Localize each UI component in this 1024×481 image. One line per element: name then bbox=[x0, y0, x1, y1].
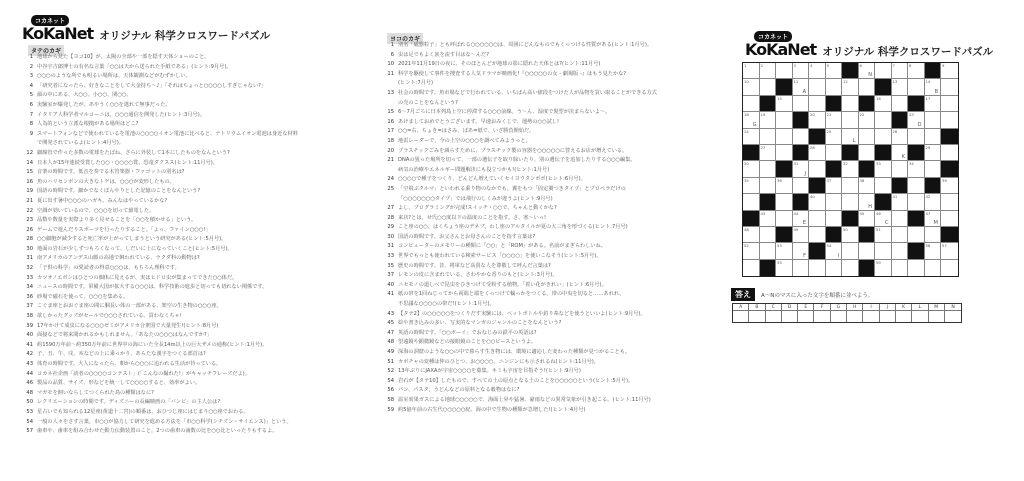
grid-cell[interactable]: 25 bbox=[826, 129, 843, 145]
clue-number: 9 bbox=[22, 130, 33, 140]
clue-item: 23品数や数量を実際より多く見せることを「○○を積かせる」という。 bbox=[22, 216, 298, 226]
clue-number: 29 bbox=[383, 223, 394, 233]
clue-number: 50 bbox=[22, 398, 33, 408]
clue-item: 1地球から見た【ヨコ10】が、太陽の全部や一部を隠す天体ショーのこと。 bbox=[22, 53, 298, 63]
clue-number: 53 bbox=[22, 408, 33, 418]
grid-cell[interactable] bbox=[908, 129, 925, 145]
clue-text: 空調が効いているので、○○○を切って節電した。 bbox=[37, 207, 154, 217]
grid-cell-black bbox=[941, 129, 958, 145]
grid-cell[interactable]: 26 bbox=[892, 129, 909, 145]
grid-cell[interactable]: 32 bbox=[842, 161, 859, 177]
grid-cell[interactable] bbox=[941, 112, 958, 128]
grid-cell[interactable]: 15 bbox=[776, 96, 793, 112]
grid-cell[interactable] bbox=[859, 243, 876, 259]
grid-cell[interactable]: 57 bbox=[941, 243, 958, 259]
grid-cell-black bbox=[908, 145, 925, 161]
grid-cell-black bbox=[925, 178, 942, 194]
answer-tag: 答え bbox=[731, 288, 755, 301]
clue-item: 37こぐま座とおおぐま座の間に胴長い体の一部がある、架空の生き物の○○○座。 bbox=[22, 302, 298, 312]
cell-number: 34 bbox=[909, 161, 914, 166]
grid-cell[interactable]: 59 bbox=[875, 260, 892, 276]
grid-cell[interactable]: 48 bbox=[743, 227, 760, 243]
grid-cell[interactable]: 12 bbox=[842, 79, 859, 95]
clue-text: で開発されているよ(ヒント:4月号)。 bbox=[37, 139, 124, 149]
grid-cell[interactable] bbox=[908, 79, 925, 95]
answer-box[interactable] bbox=[847, 311, 863, 322]
grid-cell[interactable] bbox=[809, 227, 826, 243]
cell-number: 17 bbox=[926, 96, 931, 101]
clue-text: ○○細胞が減少すると死亡率が上がってしまうという研究がある(ヒント:5月号)。 bbox=[37, 235, 226, 245]
grid-cell[interactable]: 47M bbox=[925, 211, 942, 227]
grid-cell[interactable]: 13 bbox=[892, 79, 909, 95]
grid-cell[interactable]: 55 bbox=[776, 260, 793, 276]
grid-cell[interactable] bbox=[842, 243, 859, 259]
grid-cell[interactable] bbox=[908, 194, 925, 210]
grid-cell[interactable]: 46C bbox=[875, 211, 892, 227]
grid-cell[interactable]: 45 bbox=[859, 211, 876, 227]
clue-item: 15音楽の時間です。低音を奏でる木管楽器・ファゴットの別名は? bbox=[22, 168, 298, 178]
grid-cell[interactable] bbox=[776, 63, 793, 79]
cell-number: 48 bbox=[744, 227, 749, 232]
clue-number: 18 bbox=[383, 137, 394, 147]
grid-cell[interactable]: 52 bbox=[743, 243, 760, 259]
grid-cell[interactable]: 17 bbox=[925, 96, 942, 112]
answer-box[interactable] bbox=[831, 311, 847, 322]
clue-item: 48マガモを飼いならしてつくられた鳥の種類はなに? bbox=[22, 389, 298, 399]
grid-cell[interactable] bbox=[760, 227, 777, 243]
grid-cell[interactable] bbox=[941, 96, 958, 112]
clue-text: ニュースの時間です。軍備大国が拡大する○○○は、科学技術の進歩と切っても切れない… bbox=[37, 283, 267, 293]
clue-number: 34 bbox=[22, 283, 33, 293]
clue-number: 45 bbox=[383, 319, 394, 329]
answer-box[interactable] bbox=[945, 311, 961, 322]
grid-cell[interactable] bbox=[925, 129, 942, 145]
grid-cell[interactable] bbox=[842, 178, 859, 194]
grid-cell[interactable]: 41 bbox=[892, 194, 909, 210]
clue-number: 30 bbox=[22, 245, 33, 255]
clue-item: 41紙の帯を1回ねじってから両端と端をくっつけて輪っかをつくる。帯の中央を切ると… bbox=[383, 290, 657, 300]
cell-key-letter: J bbox=[805, 171, 806, 177]
grid-cell[interactable]: 54I bbox=[826, 243, 843, 259]
clue-number: 43 bbox=[22, 360, 33, 370]
logo-badge: コカネット bbox=[31, 15, 69, 26]
grid-cell[interactable] bbox=[925, 227, 942, 243]
clue-text: よし、プログラミングが完成!スイッチ・○○で、ちゃんと動くかな? bbox=[398, 204, 557, 214]
clue-number: 37 bbox=[383, 271, 394, 281]
cell-number: 13 bbox=[893, 79, 898, 84]
answer-letter-header: L bbox=[912, 304, 928, 311]
clue-text: プラスチックごみを減らすために、プラスチック製の容器を○○○○○に替えるお店が増… bbox=[398, 147, 627, 157]
grid-cell-black bbox=[760, 96, 777, 112]
clue-number: 2 bbox=[22, 63, 33, 73]
cell-key-letter: K bbox=[902, 154, 905, 160]
grid-cell[interactable] bbox=[760, 79, 777, 95]
grid-cell[interactable] bbox=[793, 96, 810, 112]
grid-cell[interactable]: 27 bbox=[760, 145, 777, 161]
clue-text: 「子供の科学」の愛読者の得意○○○は、もちろん理科です。 bbox=[37, 264, 180, 274]
grid-cell[interactable] bbox=[859, 145, 876, 161]
grid-cell[interactable] bbox=[776, 145, 793, 161]
grid-cell[interactable]: 35 bbox=[743, 178, 760, 194]
grid-cell[interactable] bbox=[743, 96, 760, 112]
clue-number: 33 bbox=[383, 252, 394, 262]
grid-cell-black bbox=[809, 178, 826, 194]
answer-letter-header: K bbox=[896, 304, 912, 311]
clue-number: 28 bbox=[383, 214, 394, 224]
cell-number: 47 bbox=[926, 211, 931, 216]
clue-item: 30地面の岩石が少しずつもろくなって、しだいに土になっていくこと(ヒント:5月号… bbox=[22, 245, 298, 255]
clue-item: 6実験室が爆発したが、あやうく○○を逃れて無事だった。 bbox=[22, 101, 298, 111]
grid-cell[interactable]: 49 bbox=[793, 227, 810, 243]
clue-text: 世界でもっとも使われている検索サービス「○○○○」を使いこなそう(ヒント:5月号… bbox=[398, 252, 602, 262]
clue-item: 54一般の人々をさす言葉。市○○が協力して研究を進める方法を「市○○科学(シチズ… bbox=[22, 418, 298, 428]
clue-item: 50レクリエーションの時間です。ディズニーの長編映画の「バンビ」の主人公は? bbox=[22, 398, 298, 408]
grid-cell[interactable]: 23D bbox=[908, 112, 925, 128]
clue-text: スマートフォンなどで使われているを電池の○○○○イオン電池に比べると、ナトリウム… bbox=[37, 130, 298, 140]
answer-box[interactable] bbox=[863, 311, 879, 322]
grid-cell[interactable] bbox=[892, 96, 909, 112]
grid-cell[interactable]: 22 bbox=[859, 112, 876, 128]
answer-letter-header: E bbox=[798, 304, 814, 311]
clue-item: 20プラスチックごみを減らすために、プラスチック製の容器を○○○○○に替えるお店… bbox=[383, 147, 657, 157]
clue-number: 54 bbox=[22, 418, 33, 428]
answer-letter-header: H bbox=[847, 304, 863, 311]
clue-number: 48 bbox=[22, 389, 33, 399]
clue-text: 魚のハリセンボンの大きなトゲは、○○○が変形したもの。 bbox=[37, 178, 175, 188]
grid-cell[interactable] bbox=[892, 227, 909, 243]
grid-cell[interactable] bbox=[842, 260, 859, 276]
clue-text: 虫は足でもよく涙を流す目はな〜んだ? bbox=[398, 51, 489, 61]
grid-cell[interactable]: 43 bbox=[760, 211, 777, 227]
answer-box[interactable] bbox=[912, 311, 928, 322]
grid-cell[interactable] bbox=[809, 211, 826, 227]
cell-number: 39 bbox=[942, 178, 947, 183]
grid-cell-black bbox=[941, 161, 958, 177]
answer-box[interactable] bbox=[733, 311, 749, 322]
grid-cell-black bbox=[776, 227, 793, 243]
grid-cell[interactable]: 24 bbox=[743, 129, 760, 145]
cell-number: 35 bbox=[744, 178, 749, 183]
grid-cell[interactable] bbox=[892, 243, 909, 259]
grid-cell[interactable] bbox=[875, 63, 892, 79]
clue-item: 33カツオノエボシはひとつの個体に見えるが、実はヒドロ虫が集まってできた○○体だ… bbox=[22, 274, 298, 284]
grid-cell[interactable]: 56 bbox=[925, 243, 942, 259]
clue-text: 細線管で作った多数の電球をたばね、さらに外装して1本にしたものをなんという? bbox=[37, 149, 230, 159]
clue-number: 41 bbox=[383, 290, 394, 300]
grid-cell[interactable] bbox=[875, 243, 892, 259]
grid-cell[interactable] bbox=[776, 211, 793, 227]
grid-cell[interactable] bbox=[826, 79, 843, 95]
clue-text: 岩石が【タテ10】したもので、すべての土の原点となる土のことを○○○○○という(… bbox=[398, 377, 633, 387]
grid-cell[interactable] bbox=[809, 260, 826, 276]
clue-item: 24○○○○で種子をつくり、どんどん増えていくセイヨウタンポポ(ヒント:6月号)… bbox=[383, 175, 657, 185]
clue-item: 5顔の中にある、大○○、小○○、関○○。 bbox=[22, 91, 298, 101]
clue-number: 22 bbox=[22, 207, 33, 217]
grid-cell[interactable] bbox=[859, 79, 876, 95]
grid-cell[interactable]: 33 bbox=[875, 161, 892, 177]
cell-number: 12 bbox=[843, 79, 848, 84]
grid-cell[interactable] bbox=[892, 161, 909, 177]
grid-cell-black bbox=[892, 112, 909, 128]
cell-key-letter: G bbox=[753, 122, 757, 128]
grid-cell-black bbox=[760, 260, 777, 276]
grid-cell[interactable] bbox=[776, 129, 793, 145]
clue-item: 45絵や書き込みの多い、写実的なマンガのジャンルのことをなんという? bbox=[383, 319, 657, 329]
cell-number: 6 bbox=[860, 63, 862, 68]
grid-cell[interactable]: 20 bbox=[809, 112, 826, 128]
grid-cell-black bbox=[908, 243, 925, 259]
grid-cell[interactable] bbox=[875, 129, 892, 145]
grid-cell[interactable] bbox=[776, 194, 793, 210]
grid-cell[interactable]: H bbox=[859, 194, 876, 210]
grid-cell[interactable]: F bbox=[793, 243, 810, 259]
answer-box[interactable] bbox=[896, 311, 912, 322]
grid-cell[interactable] bbox=[908, 260, 925, 276]
grid-cell[interactable] bbox=[743, 260, 760, 276]
grid-cell[interactable]: 53 bbox=[776, 243, 793, 259]
grid-cell[interactable]: 42 bbox=[925, 194, 942, 210]
grid-cell-black bbox=[842, 211, 859, 227]
clue-number: 16 bbox=[383, 118, 394, 128]
clue-item: 43体育の時間です。大人になったら、朝から○○○に追われる生活が待っている。 bbox=[22, 360, 298, 370]
grid-cell[interactable]: 2 bbox=[760, 63, 777, 79]
grid-cell[interactable] bbox=[809, 79, 826, 95]
grid-cell[interactable] bbox=[826, 145, 843, 161]
grid-cell[interactable] bbox=[826, 260, 843, 276]
grid-cell-black bbox=[859, 227, 876, 243]
grid-cell[interactable] bbox=[925, 112, 942, 128]
clue-item: 35歴史の時間です。昔、将軍など高貴な人を尊敬して呼んだ言葉は? bbox=[383, 262, 657, 272]
clue-number: 59 bbox=[383, 406, 394, 416]
grid-cell[interactable]: 14B bbox=[925, 79, 942, 95]
clue-text: 紙の帯を1回ねじってから両端と端をくっつけて輪っかをつくる。帯の中央を切ると……… bbox=[398, 290, 625, 300]
cell-number: 49 bbox=[794, 227, 799, 232]
grid-cell[interactable]: 38 bbox=[859, 178, 876, 194]
grid-cell[interactable] bbox=[826, 194, 843, 210]
clue-number: 1 bbox=[383, 41, 394, 51]
grid-cell[interactable]: 31J bbox=[793, 161, 810, 177]
clue-text: 不思議な○○○○の帯だ!(ヒント:1月号)。 bbox=[398, 300, 495, 310]
clue-item: 102021年11月19日の夜に、そのほとんどが地球の影に隠れた天体とは?(ヒン… bbox=[383, 60, 657, 70]
clue-item: 21夏に出す暑中○○○のハガキ。みんなはやっているかな? bbox=[22, 197, 298, 207]
clue-text: 子、丑、午、戌、亥などの上に乗っかり、あらたな漢字をつくる部首は? bbox=[37, 350, 206, 360]
clue-text: 実験室が爆発したが、あやうく○○を逃れて無事だった。 bbox=[37, 101, 171, 111]
clue-number: 12 bbox=[22, 149, 33, 159]
grid-cell[interactable]: 34 bbox=[908, 161, 925, 177]
answer-box[interactable] bbox=[798, 311, 814, 322]
grid-cell[interactable] bbox=[826, 211, 843, 227]
answer-header: 答え A〜Nのマスに入った文字を順番に並べよう。 bbox=[731, 288, 873, 301]
puzzle-title: オリジナル 科学クロスワードパズル bbox=[822, 45, 993, 59]
clue-item: 47英語の時間です。「○○ボーイ」でおなじみの鉄平の英語は? bbox=[383, 329, 657, 339]
grid-cell[interactable] bbox=[941, 194, 958, 210]
clue-number: 15 bbox=[22, 168, 33, 178]
crossword-grid: 123456N7891011A121314B15161718G192021222… bbox=[742, 62, 959, 277]
answer-letter-header: F bbox=[814, 304, 830, 311]
cell-number: 33 bbox=[876, 161, 881, 166]
grid-cell[interactable] bbox=[908, 227, 925, 243]
cell-number: 51 bbox=[876, 227, 881, 232]
grid-cell[interactable] bbox=[859, 129, 876, 145]
clue-number: 54 bbox=[383, 377, 394, 387]
clue-text: 深海の洞窟のような○○の中で暮らす生き物には、環境に適応した変わった種類が見つか… bbox=[398, 348, 630, 358]
grid-cell[interactable] bbox=[760, 243, 777, 259]
cell-number: 1 bbox=[744, 63, 746, 68]
clue-number: 1 bbox=[22, 53, 33, 63]
grid-cell[interactable] bbox=[809, 96, 826, 112]
clue-number: 48 bbox=[383, 338, 394, 348]
clue-number: 15 bbox=[383, 108, 394, 118]
cell-number: 22 bbox=[860, 112, 865, 117]
clue-text: 「研究者になったら、好きなことをして大金持ち〜♪」「それはちょっと○○○○しすぎ… bbox=[37, 82, 266, 92]
grid-cell[interactable]: 6N bbox=[859, 63, 876, 79]
grid-cell[interactable] bbox=[776, 112, 793, 128]
grid-cell-black bbox=[743, 211, 760, 227]
answer-box[interactable] bbox=[782, 311, 798, 322]
grid-cell[interactable] bbox=[743, 194, 760, 210]
clue-item: 34ニュースの時間です。軍備大国が拡大する○○○は、科学技術の進歩と切っても切れ… bbox=[22, 283, 298, 293]
cell-number: 3 bbox=[794, 63, 796, 68]
grid-cell[interactable] bbox=[941, 260, 958, 276]
grid-cell[interactable] bbox=[892, 260, 909, 276]
grid-cell[interactable]: 50 bbox=[842, 227, 859, 243]
grid-cell[interactable] bbox=[760, 161, 777, 177]
answer-box[interactable] bbox=[880, 311, 896, 322]
grid-cell[interactable] bbox=[908, 178, 925, 194]
grid-cell[interactable]: 3 bbox=[793, 63, 810, 79]
clue-number: 47 bbox=[383, 329, 394, 339]
grid-cell[interactable] bbox=[925, 161, 942, 177]
clue-item: 7イタリア人科学者マルコーニは、○○○通信を開発した(ヒント:3月号)。 bbox=[22, 111, 298, 121]
clue-text: 音楽の時間です。低音を奏でる木管楽器・ファゴットの別名は? bbox=[37, 168, 184, 178]
clue-text: 地球から見た【ヨコ10】が、太陽の全部や一部を隠す天体ショーのこと。 bbox=[37, 53, 210, 63]
grid-cell[interactable] bbox=[842, 194, 859, 210]
logo-brand: KoKaNet bbox=[22, 24, 93, 43]
clue-text: (ヒント:7月号) bbox=[398, 79, 433, 89]
clue-text: 中谷宇吉郎博士の有名な言葉「○○は天から送られた手紙である」(ヒント:9月号)。 bbox=[37, 63, 232, 73]
grid-cell[interactable]: 8 bbox=[908, 63, 925, 79]
grid-cell[interactable] bbox=[941, 145, 958, 161]
logo: コカネット KoKaNet bbox=[22, 24, 93, 43]
right-logo-header: コカネット KoKaNet オリジナル 科学クロスワードパズル bbox=[745, 40, 993, 59]
clue-number: 39 bbox=[22, 322, 33, 332]
grid-cell[interactable] bbox=[842, 96, 859, 112]
cell-key-letter: A bbox=[803, 89, 806, 95]
answer-box[interactable] bbox=[814, 311, 830, 322]
clue-text: あけましておめでとうございます。早速おみくじで、運勢の○○試し! bbox=[398, 118, 559, 128]
grid-cell[interactable]: 40 bbox=[809, 194, 826, 210]
grid-cell[interactable]: 44E bbox=[793, 211, 810, 227]
grid-cell[interactable] bbox=[809, 161, 826, 177]
grid-cell[interactable] bbox=[842, 112, 859, 128]
grid-cell[interactable]: 10 bbox=[743, 79, 760, 95]
grid-cell[interactable]: 4 bbox=[809, 63, 826, 79]
clue-text: ○○○○で種子をつくり、どんどん増えていくセイヨウタンポポ(ヒント:6月号)。 bbox=[398, 175, 586, 185]
clue-text: イタリア人科学者マルコーニは、○○○通信を開発した(ヒント:3月号)。 bbox=[37, 111, 205, 121]
clue-text: 砂場で磁石を使って、○○○を集める。 bbox=[37, 293, 128, 303]
clue-text: こぐま座とおおぐま座の間に胴長い体の一部がある、架空の生き物の○○○座。 bbox=[37, 302, 222, 312]
cell-number: 31 bbox=[794, 161, 799, 166]
answer-letter-header: B bbox=[749, 304, 765, 311]
grid-cell[interactable] bbox=[875, 178, 892, 194]
clue-text: 別名「磁器粒子」とも呼ばれる○○○○○○は、周囲にどんなものでもくっつける性質が… bbox=[398, 41, 652, 51]
clue-item: 30国語の時間です。お父さんとお母さんのことを指す言葉は? bbox=[383, 233, 657, 243]
clue-item: 27よし、プログラミングが完成!スイッチ・○○で、ちゃんと動くかな? bbox=[383, 204, 657, 214]
grid-cell[interactable] bbox=[760, 178, 777, 194]
answer-box[interactable] bbox=[766, 311, 782, 322]
cell-key-letter: H bbox=[868, 204, 872, 210]
grid-cell[interactable]: 11A bbox=[793, 79, 810, 95]
grid-cell[interactable] bbox=[925, 260, 942, 276]
grid-cell[interactable] bbox=[941, 79, 958, 95]
clue-text: 国語の時間です。細かでなくぼんやりとした記憶のことをなんという? bbox=[37, 187, 200, 197]
cell-number: 32 bbox=[843, 161, 848, 166]
grid-cell[interactable] bbox=[875, 112, 892, 128]
clue-number: 5 bbox=[22, 91, 33, 101]
clue-text: ○○○のような所でも明るい場所は、天体観測などがむずかしい。 bbox=[37, 72, 191, 82]
clue-text: パン、パスタ、うどんなどの原料となる穀物はなに? bbox=[398, 386, 519, 396]
cell-number: 24 bbox=[744, 129, 749, 134]
clue-item: 16魚のハリセンボンの大きなトゲは、○○○が変形したもの。 bbox=[22, 178, 298, 188]
grid-cell[interactable]: 39 bbox=[941, 178, 958, 194]
clue-item: 58温室効果ガスによる地球○○○○○で、海面上昇や猛暑、豪雨などの異常気象が引き… bbox=[383, 396, 657, 406]
clue-text: カツオノエボシはひとつの個体に見えるが、実はヒドロ虫が集まってできた○○体だ。 bbox=[37, 274, 237, 284]
clue-number: 31 bbox=[22, 254, 33, 264]
grid-cell[interactable]: 29 bbox=[925, 145, 942, 161]
clue-text: コカネ社企画「読者の○○○○コンテスト」(「こんなの撮れた!」がキャッチフレーズ… bbox=[37, 370, 250, 380]
clue-item: 51カボチャの変種は仲のひとつ、お○○○○、ニンジンにも示されるね(ヒント:11… bbox=[383, 358, 657, 368]
grid-cell[interactable] bbox=[793, 129, 810, 145]
clue-number: 8 bbox=[22, 120, 33, 130]
clue-item: 37レモンの皮に含まれている、さわやかな香りのもと(ヒント:3月号)。 bbox=[383, 271, 657, 281]
grid-cell[interactable]: K bbox=[892, 145, 909, 161]
grid-cell[interactable]: 9 bbox=[941, 63, 958, 79]
grid-cell[interactable]: 21 bbox=[826, 112, 843, 128]
answer-box[interactable] bbox=[929, 311, 945, 322]
clue-text: 南アメリカのアンデス山脈の高地で飼われている、ラクダ科の動物は? bbox=[37, 254, 200, 264]
clue-number: 51 bbox=[383, 358, 394, 368]
grid-cell[interactable]: L bbox=[842, 129, 859, 145]
grid-cell[interactable]: 5 bbox=[826, 63, 843, 79]
answer-box[interactable] bbox=[749, 311, 765, 322]
cell-number: 20 bbox=[810, 112, 815, 117]
grid-cell[interactable]: 7 bbox=[892, 63, 909, 79]
clue-item: 57歯車や、歯車を組み合わせた動力伝動装置のこと。2つの歯車の歯数の比を○○比と… bbox=[22, 427, 298, 437]
grid-cell[interactable]: 1 bbox=[743, 63, 760, 79]
clue-number: 42 bbox=[22, 350, 33, 360]
clue-number: 30 bbox=[383, 233, 394, 243]
clue-item: 49深海の洞窟のような○○の中で暮らす生き物には、環境に適応した変わった種類が見… bbox=[383, 348, 657, 358]
grid-cell[interactable]: 36 bbox=[776, 178, 793, 194]
clue-item: (ヒント:7月号) bbox=[383, 79, 657, 89]
grid-cell[interactable]: 18G bbox=[743, 112, 760, 128]
grid-cell[interactable]: 19 bbox=[760, 112, 777, 128]
grid-cell[interactable]: 30 bbox=[743, 161, 760, 177]
grid-cell[interactable] bbox=[793, 260, 810, 276]
logo-brand: KoKaNet bbox=[745, 40, 816, 59]
grid-cell[interactable] bbox=[941, 211, 958, 227]
clue-number: 52 bbox=[383, 367, 394, 377]
clue-text: DNAの狙った場所を切って、一部の遺伝子を取り除いたり、別の遺伝子を追加したりす… bbox=[398, 156, 636, 166]
grid-cell[interactable]: 37 bbox=[826, 178, 843, 194]
grid-cell[interactable]: 28 bbox=[809, 145, 826, 161]
grid-cell[interactable]: 16 bbox=[875, 96, 892, 112]
grid-cell[interactable] bbox=[760, 129, 777, 145]
grid-cell[interactable] bbox=[793, 178, 810, 194]
cell-number: 27 bbox=[761, 145, 766, 150]
grid-cell[interactable] bbox=[892, 211, 909, 227]
grid-cell[interactable]: 51 bbox=[875, 227, 892, 243]
